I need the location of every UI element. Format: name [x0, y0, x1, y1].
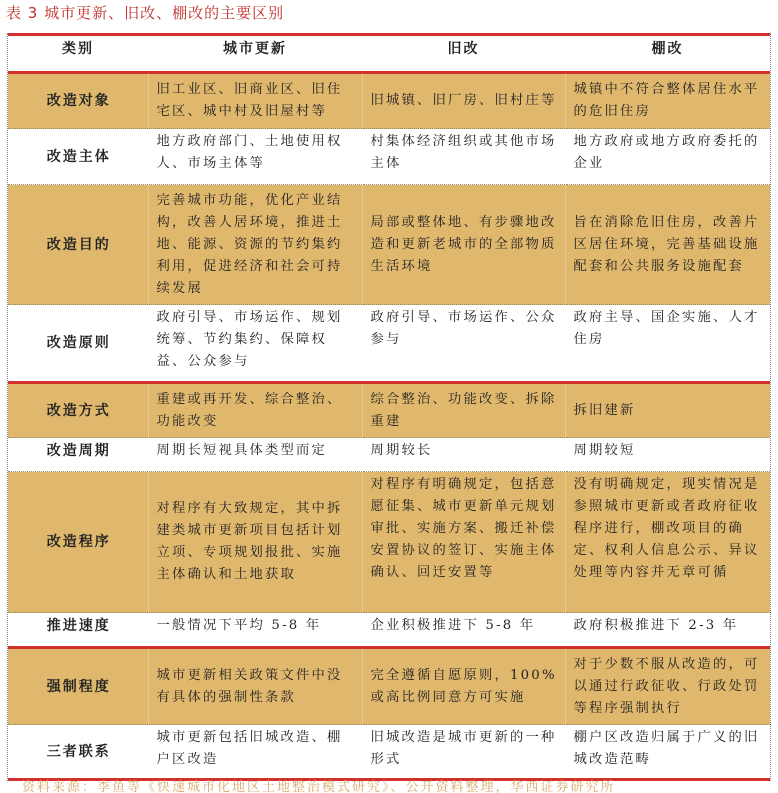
table-caption: 表 3 城市更新、旧改、棚改的主要区别: [6, 2, 284, 23]
cell-old-renovation: 完全遵循自愿原则，100%或高比例同意方可实施: [362, 648, 565, 725]
cell-shantytown: 没有明确规定，现实情况是参照城市更新或者政府征收程序进行，棚改项目的确定、权利人…: [565, 472, 770, 613]
cell-shantytown: 对于少数不服从改造的，可以通过行政征收、行政处罚等程序强制执行: [565, 648, 770, 725]
cell-shantytown: 地方政府或地方政府委托的企业: [565, 129, 770, 185]
row-category: 强制程度: [8, 648, 148, 725]
header-city-renewal: 城市更新: [148, 35, 362, 73]
cell-shantytown: 棚户区改造归属于广义的旧城改造范畴: [565, 725, 770, 780]
header-old-renovation: 旧改: [362, 35, 565, 73]
table-row: 改造程序 对程序有大致规定，其中拆建类城市更新项目包括计划立项、专项规划报批、实…: [8, 472, 770, 613]
row-category: 改造程序: [8, 472, 148, 613]
table-row: 强制程度 城市更新相关政策文件中没有具体的强制性条款 完全遵循自愿原则，100%…: [8, 648, 770, 725]
cell-old-renovation: 旧城改造是城市更新的一种形式: [362, 725, 565, 780]
table-row: 改造周期 周期长短视具体类型而定 周期较长 周期较短: [8, 438, 770, 472]
cell-old-renovation: 周期较长: [362, 438, 565, 472]
row-category: 改造原则: [8, 305, 148, 383]
table-row: 推进速度 一般情况下平均 5-8 年 企业积极推进下 5-8 年 政府积极推进下…: [8, 613, 770, 648]
table-row: 改造原则 政府引导、市场运作、规划统筹、节约集约、保障权益、公众参与 政府引导、…: [8, 305, 770, 383]
table-row: 改造目的 完善城市功能，优化产业结构，改善人居环境，推进土地、能源、资源的节约集…: [8, 185, 770, 305]
cell-city-renewal: 周期长短视具体类型而定: [148, 438, 362, 472]
cell-city-renewal: 城市更新包括旧城改造、棚户区改造: [148, 725, 362, 780]
cell-shantytown: 政府主导、国企实施、人才住房: [565, 305, 770, 383]
row-category: 三者联系: [8, 725, 148, 780]
table-row: 改造主体 地方政府部门、土地使用权人、市场主体等 村集体经济组织或其他市场主体 …: [8, 129, 770, 185]
cell-city-renewal: 旧工业区、旧商业区、旧住宅区、城中村及旧屋村等: [148, 73, 362, 129]
header-shantytown: 棚改: [565, 35, 770, 73]
cell-old-renovation: 局部或整体地、有步骤地改造和更新老城市的全部物质生活环境: [362, 185, 565, 305]
row-category: 改造方式: [8, 383, 148, 438]
cell-city-renewal: 一般情况下平均 5-8 年: [148, 613, 362, 648]
row-category: 改造对象: [8, 73, 148, 129]
row-category: 改造目的: [8, 185, 148, 305]
cell-city-renewal: 政府引导、市场运作、规划统筹、节约集约、保障权益、公众参与: [148, 305, 362, 383]
cell-city-renewal: 重建或再开发、综合整治、功能改变: [148, 383, 362, 438]
cell-old-renovation: 旧城镇、旧厂房、旧村庄等: [362, 73, 565, 129]
cell-old-renovation: 村集体经济组织或其他市场主体: [362, 129, 565, 185]
table-row: 改造方式 重建或再开发、综合整治、功能改变 综合整治、功能改变、拆除重建 拆旧建…: [8, 383, 770, 438]
header-category: 类别: [8, 35, 148, 73]
cell-city-renewal: 完善城市功能，优化产业结构，改善人居环境，推进土地、能源、资源的节约集约利用，促…: [148, 185, 362, 305]
cell-shantytown: 城镇中不符合整体居住水平的危旧住房: [565, 73, 770, 129]
cell-city-renewal: 地方政府部门、土地使用权人、市场主体等: [148, 129, 362, 185]
comparison-table-container: 类别 城市更新 旧改 棚改 改造对象 旧工业区、旧商业区、旧住宅区、城中村及旧屋…: [8, 33, 770, 781]
cell-city-renewal: 城市更新相关政策文件中没有具体的强制性条款: [148, 648, 362, 725]
cell-old-renovation: 企业积极推进下 5-8 年: [362, 613, 565, 648]
header-row: 类别 城市更新 旧改 棚改: [8, 35, 770, 73]
comparison-table: 类别 城市更新 旧改 棚改 改造对象 旧工业区、旧商业区、旧住宅区、城中村及旧屋…: [8, 33, 770, 781]
table-row: 改造对象 旧工业区、旧商业区、旧住宅区、城中村及旧屋村等 旧城镇、旧厂房、旧村庄…: [8, 73, 770, 129]
row-category: 改造周期: [8, 438, 148, 472]
table-row: 三者联系 城市更新包括旧城改造、棚户区改造 旧城改造是城市更新的一种形式 棚户区…: [8, 725, 770, 780]
cell-shantytown: 旨在消除危旧住房，改善片区居住环境，完善基础设施配套和公共服务设施配套: [565, 185, 770, 305]
cell-shantytown: 政府积极推进下 2-3 年: [565, 613, 770, 648]
cell-city-renewal: 对程序有大致规定，其中拆建类城市更新项目包括计划立项、专项规划报批、实施主体确认…: [148, 472, 362, 613]
cell-shantytown: 拆旧建新: [565, 383, 770, 438]
source-footnote: 资料来源：李鱼等《快速城市化地区土地整治模式研究》、公开资料整理，华西证券研究所: [22, 776, 616, 793]
row-category: 推进速度: [8, 613, 148, 648]
cell-old-renovation: 政府引导、市场运作、公众参与: [362, 305, 565, 383]
row-category: 改造主体: [8, 129, 148, 185]
cell-shantytown: 周期较短: [565, 438, 770, 472]
cell-old-renovation: 综合整治、功能改变、拆除重建: [362, 383, 565, 438]
cell-old-renovation: 对程序有明确规定，包括意愿征集、城市更新单元规划审批、实施方案、搬迁补偿安置协议…: [362, 472, 565, 613]
